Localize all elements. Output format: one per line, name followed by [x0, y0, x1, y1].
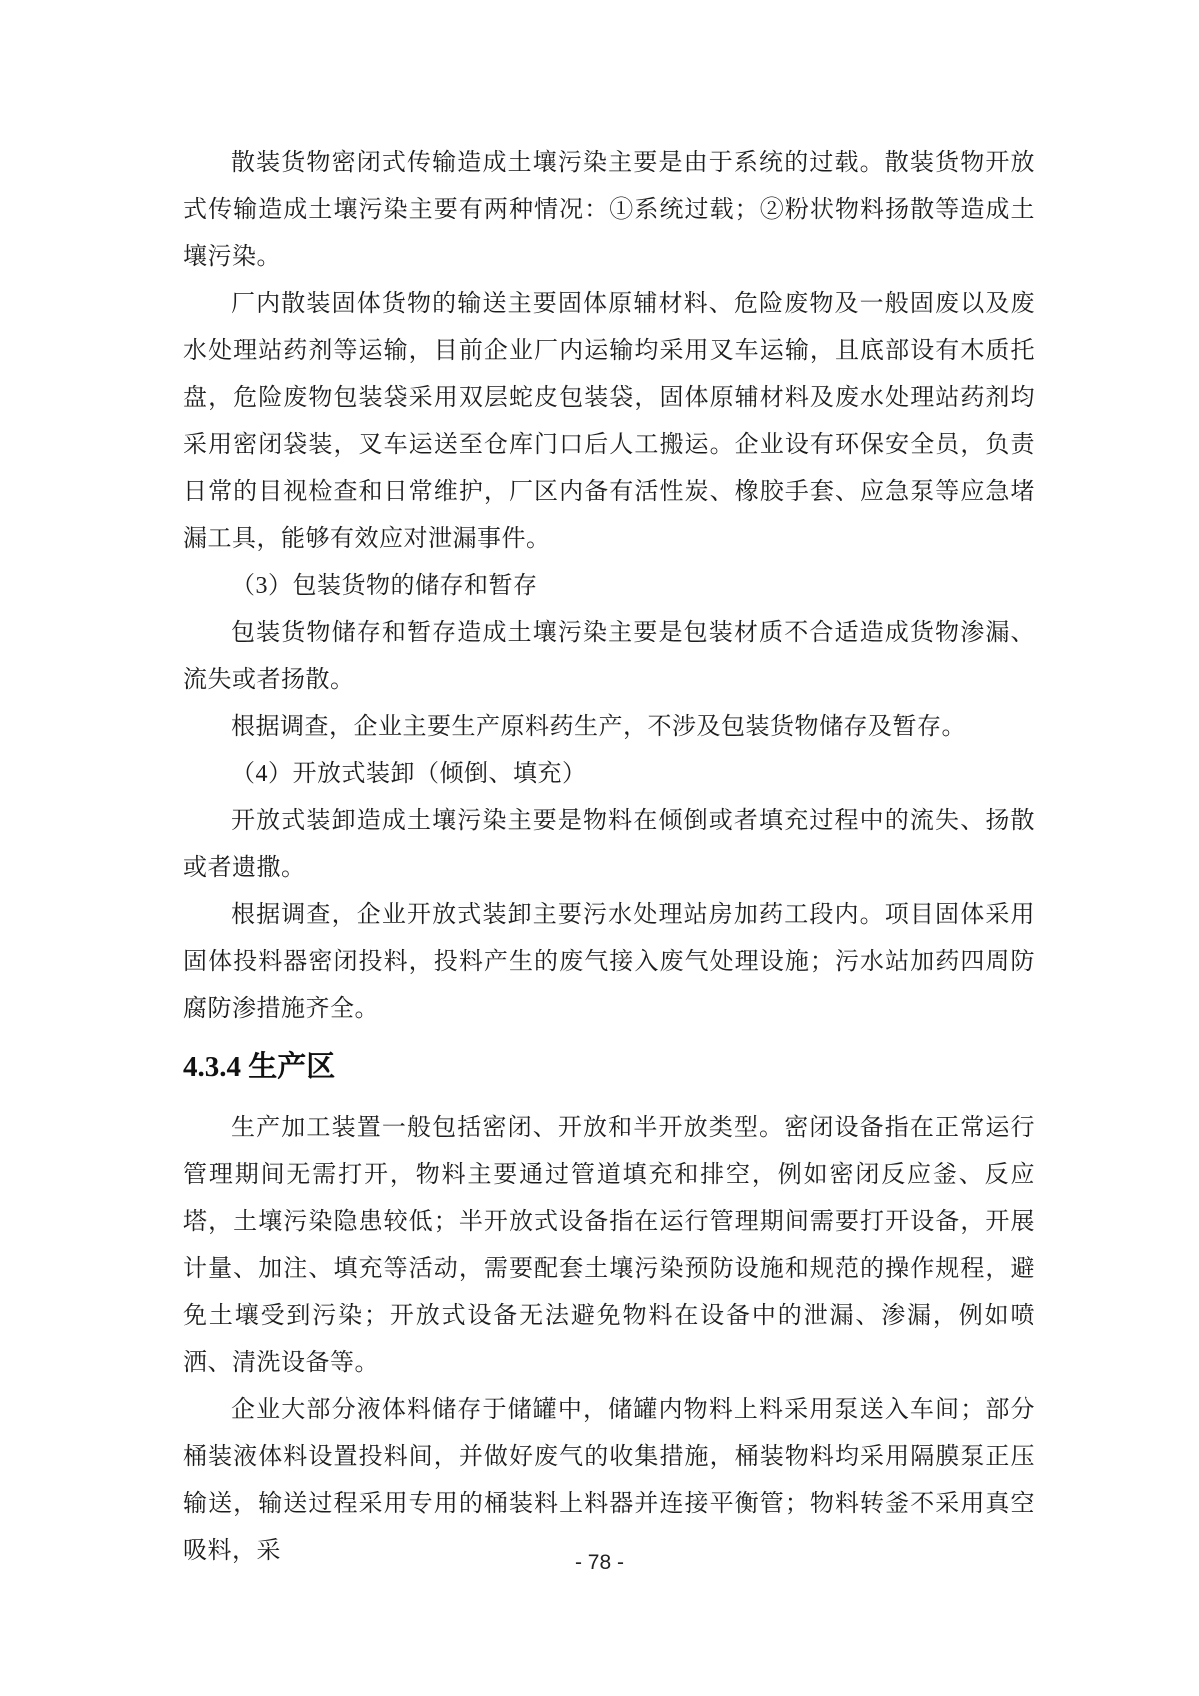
paragraph-survey-no-packaged-storage: 根据调查，企业主要生产原料药生产，不涉及包装货物储存及暂存。 — [183, 704, 1035, 751]
document-body: 散装货物密闭式传输造成土壤污染主要是由于系统的过载。散装货物开放式传输造成土壤污… — [183, 140, 1035, 1575]
subheading-open-loading-unloading: （4）开放式装卸（倾倒、填充） — [183, 751, 1035, 798]
subheading-packaged-goods-storage: （3）包装货物的储存和暂存 — [183, 563, 1035, 610]
paragraph-liquid-material-storage: 企业大部分液体料储存于储罐中，储罐内物料上料采用泵送入车间；部分桶装液体料设置投… — [183, 1387, 1035, 1575]
paragraph-open-loading-pollution: 开放式装卸造成土壤污染主要是物料在倾倒或者填充过程中的流失、扬散或者遗撒。 — [183, 798, 1035, 892]
paragraph-bulk-sealed-transfer: 散装货物密闭式传输造成土壤污染主要是由于系统的过载。散装货物开放式传输造成土壤污… — [183, 140, 1035, 281]
paragraph-production-device-types: 生产加工装置一般包括密闭、开放和半开放类型。密闭设备指在正常运行管理期间无需打开… — [183, 1105, 1035, 1387]
section-heading-4-3-4: 4.3.4 生产区 — [183, 1046, 1035, 1088]
paragraph-survey-open-loading: 根据调查，企业开放式装卸主要污水处理站房加药工段内。项目固体采用固体投料器密闭投… — [183, 892, 1035, 1033]
page-number: - 78 - — [0, 1548, 1199, 1578]
paragraph-packaged-goods-pollution: 包装货物储存和暂存造成土壤污染主要是包装材质不合适造成货物渗漏、流失或者扬散。 — [183, 610, 1035, 704]
paragraph-plant-solid-goods-transport: 厂内散装固体货物的输送主要固体原辅材料、危险废物及一般固废以及废水处理站药剂等运… — [183, 281, 1035, 563]
document-page: 散装货物密闭式传输造成土壤污染主要是由于系统的过载。散装货物开放式传输造成土壤污… — [0, 0, 1199, 1696]
